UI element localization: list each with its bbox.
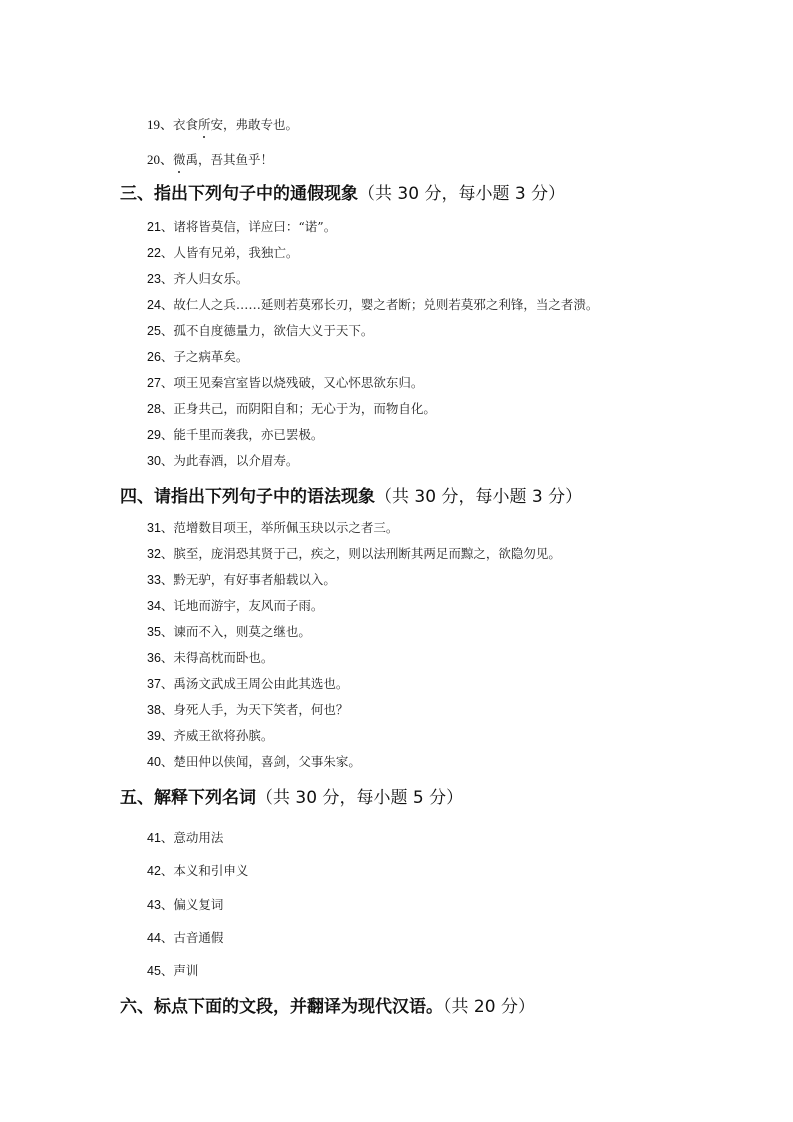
question-45: 45、声训 <box>147 961 198 979</box>
question-25: 25、孤不自度德量力，欲信大义于天下。 <box>147 321 373 339</box>
question-31: 31、范增数目项王，举所佩玉玦以示之者三。 <box>147 518 398 536</box>
question-43: 43、偏义复词 <box>147 895 223 913</box>
question-41: 41、意动用法 <box>147 828 223 846</box>
section-title: 三、指出下列句子中的通假现象 <box>120 184 358 204</box>
question-24: 24、故仁人之兵……延则若莫邪长刃，婴之者断；兑则若莫邪之利锋，当之者溃。 <box>147 295 598 313</box>
section-score-note: （共 30 分，每小题 3 分） <box>358 184 565 204</box>
question-number: 20、 <box>147 152 173 167</box>
emphasis-dot-char: 微 <box>173 150 186 168</box>
section-5-heading: 五、解释下列名词（共 30 分，每小题 5 分） <box>120 783 463 808</box>
question-21: 21、诸将皆莫信，详应曰：“诺”。 <box>147 217 336 235</box>
section-score-note: （共 20 分） <box>443 997 535 1017</box>
question-37: 37、禹汤文武成王周公由此其选也。 <box>147 674 348 692</box>
question-28: 28、正身共己，而阴阳自和；无心于为，而物自化。 <box>147 399 436 417</box>
section-score-note: （共 30 分，每小题 3 分） <box>375 487 582 507</box>
document-page: 19、衣食所安，弗敢专也。 20、微禹，吾其鱼乎！ 三、指出下列句子中的通假现象… <box>0 0 793 1122</box>
question-30: 30、为此春酒，以介眉寿。 <box>147 451 298 469</box>
section-score-note: （共 30 分，每小题 5 分） <box>256 788 463 808</box>
question-number: 19、 <box>147 117 173 132</box>
question-38: 38、身死人手，为天下笑者，何也？ <box>147 700 348 718</box>
question-26: 26、子之病革矣。 <box>147 347 248 365</box>
section-4-heading: 四、请指出下列句子中的语法现象（共 30 分，每小题 3 分） <box>120 482 582 507</box>
section-title: 五、解释下列名词 <box>120 788 256 808</box>
section-3-heading: 三、指出下列句子中的通假现象（共 30 分，每小题 3 分） <box>120 179 565 204</box>
question-29: 29、能千里而袭我，亦已罢极。 <box>147 425 323 443</box>
section-title: 六、标点下面的文段，并翻译为现代汉语。 <box>120 997 443 1017</box>
question-35: 35、谏而不入，则莫之继也。 <box>147 622 311 640</box>
question-32: 32、膑至，庞涓恐其贤于己，疾之，则以法刑断其两足而黥之，欲隐勿见。 <box>147 544 561 562</box>
question-36: 36、未得高枕而卧也。 <box>147 648 273 666</box>
question-20: 20、微禹，吾其鱼乎！ <box>147 149 273 168</box>
question-39: 39、齐威王欲将孙膑。 <box>147 726 273 744</box>
question-34: 34、讬地而游宇，友风而子雨。 <box>147 596 323 614</box>
question-42: 42、本义和引申义 <box>147 861 248 879</box>
section-6-heading: 六、标点下面的文段，并翻译为现代汉语。（共 20 分） <box>120 992 535 1017</box>
section-title: 四、请指出下列句子中的语法现象 <box>120 487 375 507</box>
question-19: 19、衣食所安，弗敢专也。 <box>147 114 298 133</box>
question-44: 44、古音通假 <box>147 928 223 946</box>
question-23: 23、齐人归女乐。 <box>147 269 248 287</box>
emphasis-dot-char: 所 <box>198 115 211 133</box>
question-40: 40、楚田仲以侠闻，喜剑，父事朱家。 <box>147 752 361 770</box>
question-33: 33、黔无驴，有好事者船载以入。 <box>147 570 336 588</box>
question-22: 22、人皆有兄弟，我独亡。 <box>147 243 298 261</box>
question-27: 27、项王见秦宫室皆以烧残破，又心怀思欲东归。 <box>147 373 423 391</box>
